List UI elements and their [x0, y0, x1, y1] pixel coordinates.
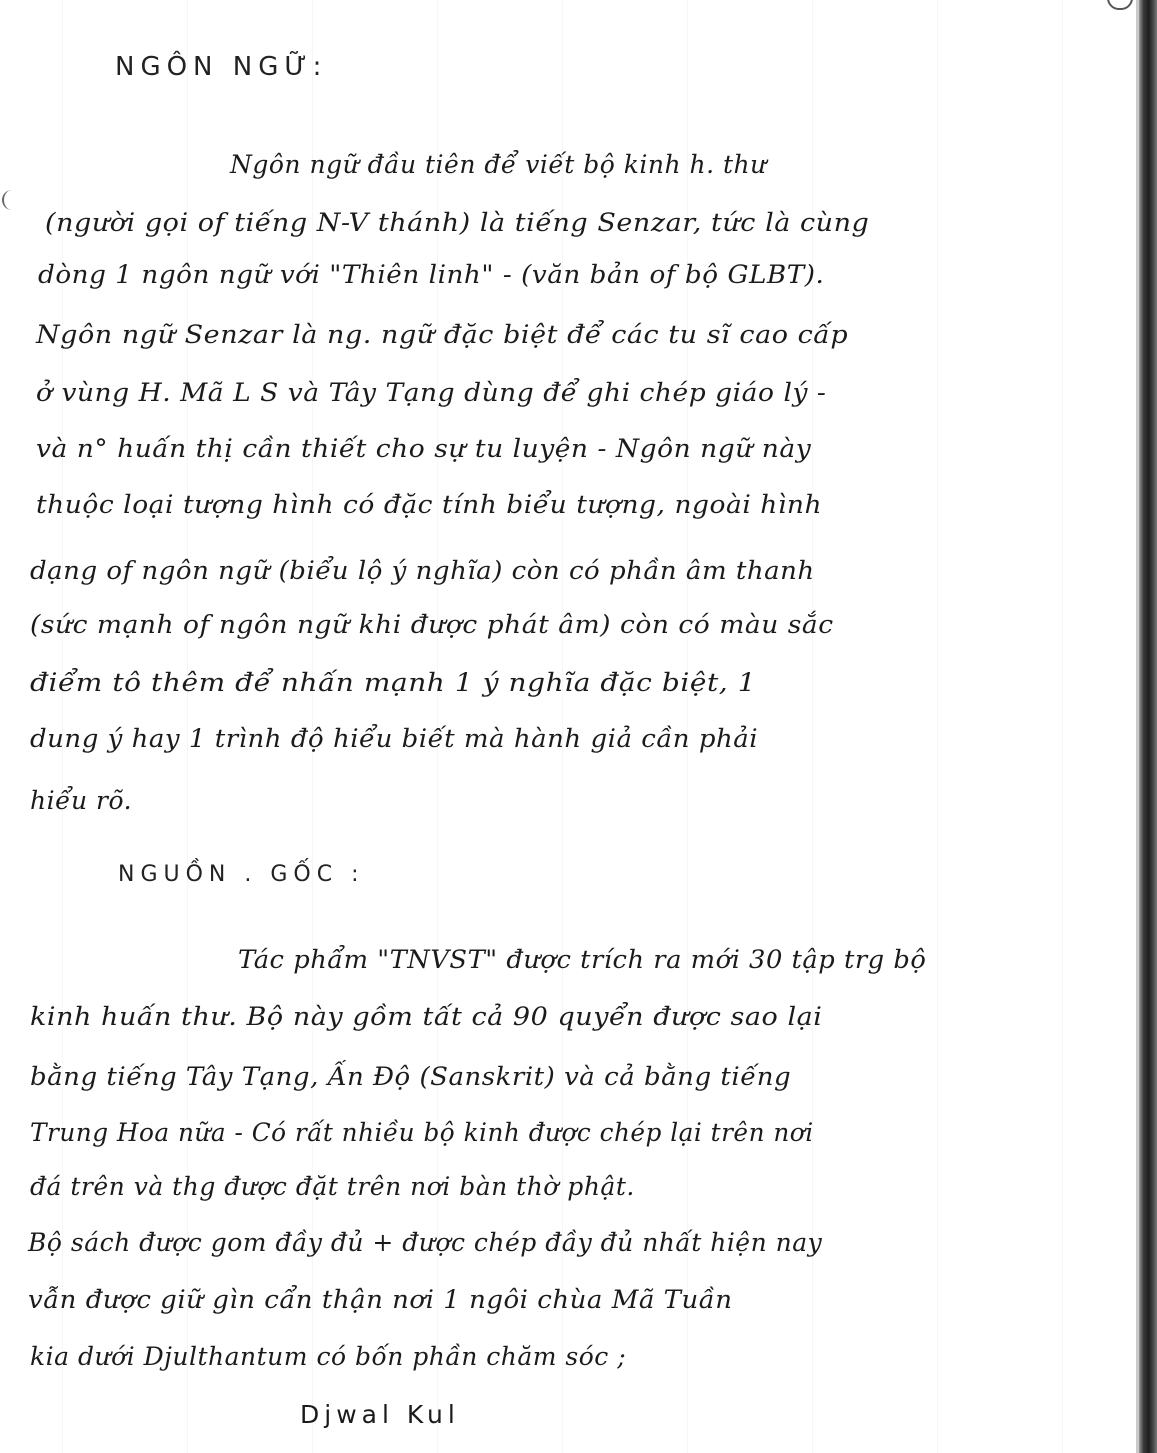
text-line: dạng of ngôn ngữ (biểu lộ ý nghĩa) còn c…: [30, 556, 815, 585]
text-line: (sức mạnh of ngôn ngữ khi được phát âm) …: [30, 610, 834, 639]
text-line: dòng 1 ngôn ngữ với "Thiên linh" - (văn …: [38, 260, 824, 289]
text-line: (người gọi of tiếng N-V thánh) là tiếng …: [45, 208, 869, 237]
signature: Djwal Kul: [300, 1400, 460, 1429]
scanned-page: NGÔN NGỮ: Ngôn ngữ đầu tiên để viết bộ k…: [0, 0, 1157, 1453]
text-line: và n° huấn thị cần thiết cho sự tu luyện…: [36, 434, 811, 463]
text-line: vẫn được giữ gìn cẩn thận nơi 1 ngôi chù…: [28, 1285, 733, 1314]
text-line: dung ý hay 1 trình độ hiểu biết mà hành …: [30, 724, 758, 753]
text-line: ở vùng H. Mã L S và Tây Tạng dùng để ghi…: [36, 378, 826, 407]
section-heading-language: NGÔN NGỮ:: [115, 52, 327, 82]
text-line: kia dưới Djulthantum có bốn phần chăm só…: [30, 1342, 626, 1371]
section-heading-origin: NGUỒN . GỐC :: [118, 862, 365, 887]
text-line: Bộ sách được gom đầy đủ + được chép đầy …: [28, 1228, 822, 1257]
margin-mark: [2, 190, 18, 210]
text-line: điểm tô thêm để nhấn mạnh 1 ý nghĩa đặc …: [30, 668, 756, 697]
text-line: kinh huấn thư. Bộ này gồm tất cả 90 quyể…: [30, 1002, 822, 1031]
page-binding-strip: [1139, 0, 1157, 1453]
text-line: Tác phẩm "TNVST" được trích ra mới 30 tậ…: [238, 945, 926, 974]
text-line: Ngôn ngữ Senzar là ng. ngữ đặc biệt để c…: [36, 320, 848, 349]
text-line: bằng tiếng Tây Tạng, Ấn Độ (Sanskrit) và…: [30, 1062, 791, 1091]
page-corner-mark: [1107, 0, 1133, 10]
text-line: hiểu rõ.: [30, 786, 132, 815]
text-line: thuộc loại tượng hình có đặc tính biểu t…: [36, 490, 822, 519]
text-line: Ngôn ngữ đầu tiên để viết bộ kinh h. thư: [230, 150, 767, 179]
text-line: đá trên và thg được đặt trên nơi bàn thờ…: [30, 1172, 635, 1201]
text-line: Trung Hoa nữa - Có rất nhiều bộ kinh đượ…: [30, 1118, 814, 1147]
